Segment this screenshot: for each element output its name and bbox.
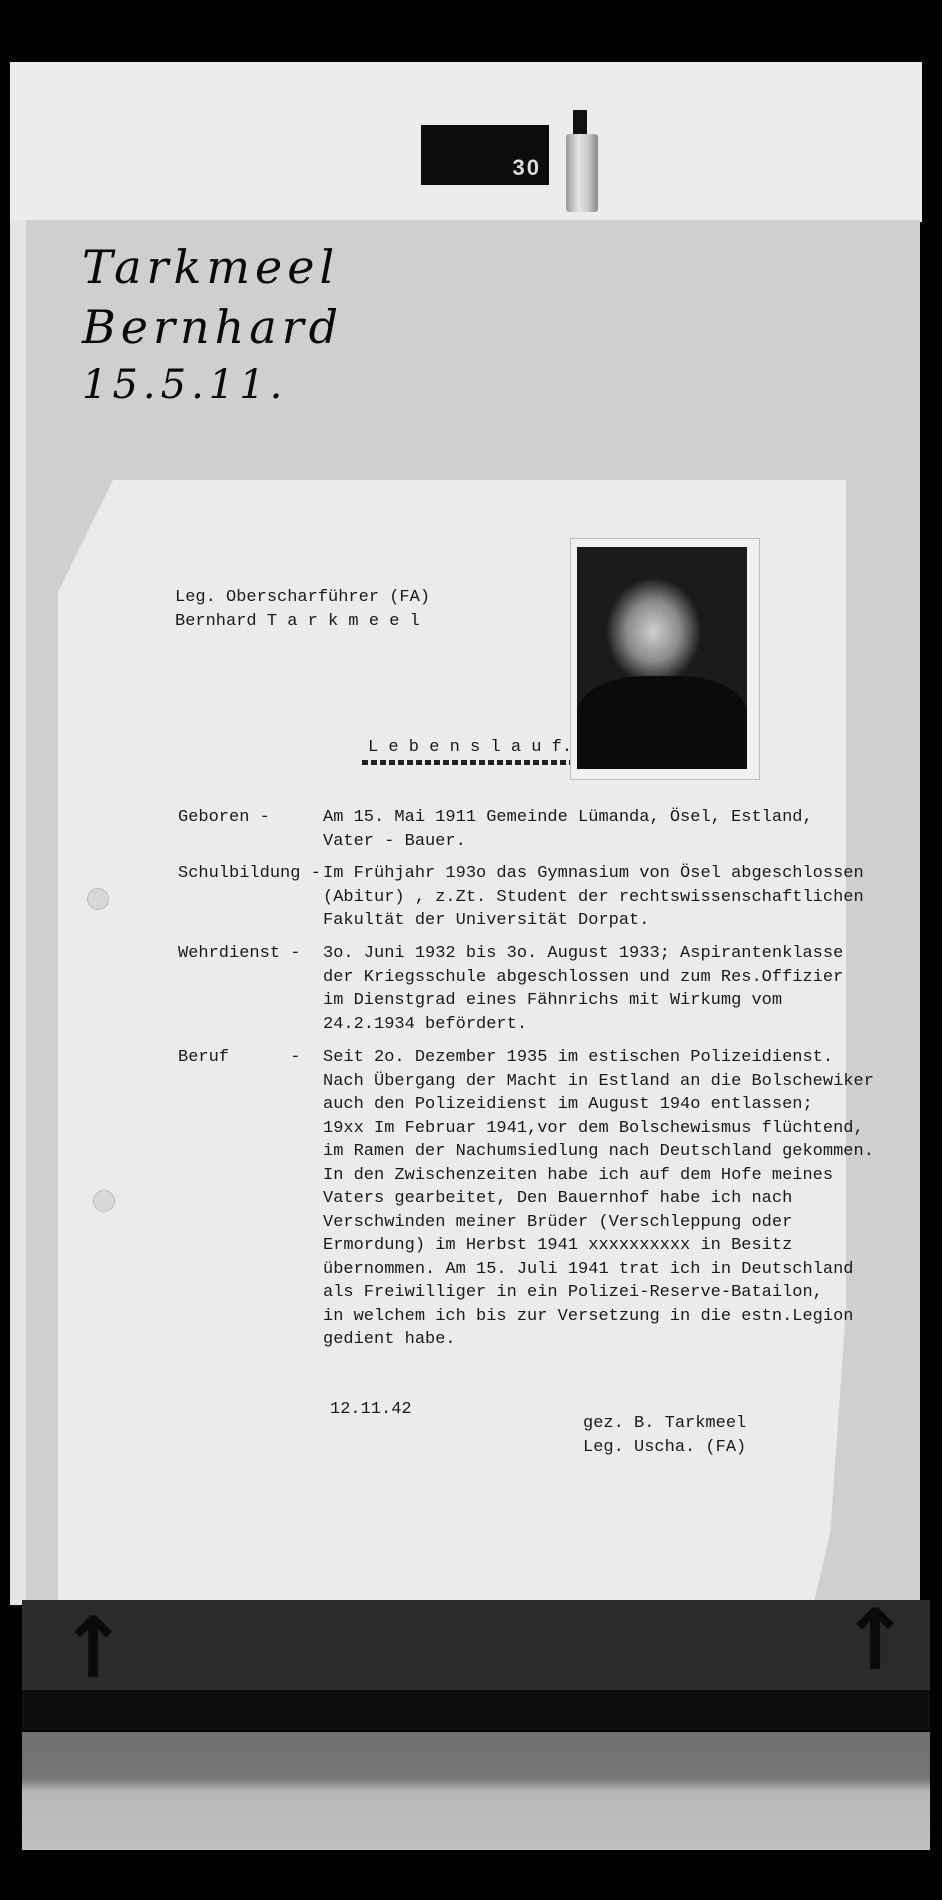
section-line: im Ramen der Nachumsiedlung nach Deutsch… (323, 1140, 874, 1164)
section-line: in welchem ich bis zur Versetzung in die… (323, 1305, 854, 1329)
section-line: Am 15. Mai 1911 Gemeinde Lümanda, Ösel, … (323, 806, 813, 830)
section-line: im Dienstgrad eines Fähnrichs mit Wirkum… (323, 989, 782, 1013)
document-title: L e b e n s l a u f. (368, 736, 572, 760)
signature-line-1: gez. B. Tarkmeel (583, 1412, 746, 1436)
header-name: Bernhard T a r k m e e l (175, 610, 420, 634)
card-edge (10, 220, 26, 1605)
section-line: Ermordung) im Herbst 1941 xxxxxxxxxx in … (323, 1234, 792, 1258)
section-line: gedient habe. (323, 1328, 456, 1352)
section-line: Fakultät der Universität Dorpat. (323, 909, 649, 933)
section-line: 19xx Im Februar 1941,vor dem Bolschewism… (323, 1117, 864, 1141)
section-line: übernommen. Am 15. Juli 1941 trat ich in… (323, 1258, 854, 1282)
section-line: der Kriegsschule abgeschlossen und zum R… (323, 966, 843, 990)
section-line: Nach Übergang der Macht in Estland an di… (323, 1070, 874, 1094)
portrait-image (577, 547, 747, 769)
document-date: 12.11.42 (330, 1398, 412, 1422)
signature-line-2: Leg. Uscha. (FA) (583, 1436, 746, 1460)
punch-hole (87, 888, 109, 910)
film-strip-light (22, 1732, 930, 1850)
paper-clip-icon (563, 110, 601, 214)
section-line: In den Zwischenzeiten habe ich auf dem H… (323, 1164, 833, 1188)
handwritten-given-name: Bernhard (82, 300, 343, 354)
section-line: als Freiwilliger in ein Polizei-Reserve-… (323, 1281, 823, 1305)
film-strip-black (22, 1690, 930, 1730)
section-line: auch den Polizeidienst im August 194o en… (323, 1093, 813, 1117)
section-line: 3o. Juni 1932 bis 3o. August 1933; Aspir… (323, 942, 843, 966)
frame-counter: 30 (421, 125, 549, 185)
portrait-photo (570, 538, 760, 780)
punch-hole (93, 1190, 115, 1212)
section-label: Geboren - (178, 806, 270, 830)
section-line: 24.2.1934 befördert. (323, 1013, 527, 1037)
section-label: Schulbildung - (178, 862, 321, 886)
section-label: Wehrdienst - (178, 942, 300, 966)
section-line: Vater - Bauer. (323, 830, 466, 854)
up-arrow-icon: ↑ (58, 1606, 128, 1690)
section-label: Beruf - (178, 1046, 300, 1070)
handwritten-birth-date: 15.5.11. (82, 362, 287, 408)
section-line: Verschwinden meiner Brüder (Verschleppun… (323, 1211, 792, 1235)
header-rank: Leg. Oberscharführer (FA) (175, 586, 430, 610)
up-arrow-icon: ↑ (840, 1598, 910, 1682)
title-underline (362, 760, 570, 765)
frame-number: 30 (513, 155, 541, 181)
section-line: Im Frühjahr 193o das Gymnasium von Ösel … (323, 862, 864, 886)
section-line: Seit 2o. Dezember 1935 im estischen Poli… (323, 1046, 833, 1070)
section-line: Vaters gearbeitet, Den Bauernhof habe ic… (323, 1187, 792, 1211)
section-line: (Abitur) , z.Zt. Student der rechtswisse… (323, 886, 864, 910)
handwritten-surname: Tarkmeel (82, 240, 339, 294)
